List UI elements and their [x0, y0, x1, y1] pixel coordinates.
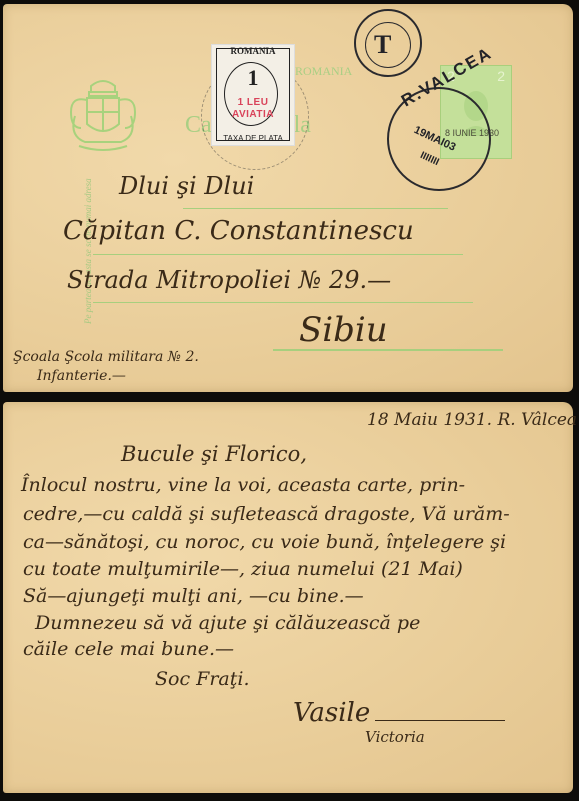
country-label: ROMANIA — [295, 64, 352, 79]
signature-flourish — [375, 720, 505, 721]
sender-line-2: Infanterie.— — [37, 368, 126, 384]
letter-greeting: Bucule şi Florico, — [121, 442, 307, 466]
letter-line: căile cele mai bune.— — [23, 638, 234, 660]
letter-line: cedre,—cu caldă şi sufletească dragoste,… — [23, 503, 510, 525]
letter-line: cu toate mulţumirile—, ziua numelui (21 … — [23, 558, 463, 580]
letter-date-place: 18 Maiu 1931. R. Vâlcea — [367, 410, 577, 430]
address-city: Sibiu — [299, 310, 388, 350]
postage-due-stamp: ROMANIA 1 1 LEU AVIATIA TAXA DE PLATA — [211, 44, 295, 146]
tax-t-mark: T — [374, 30, 391, 60]
signature-vasile: Vasile — [293, 698, 370, 728]
stamp-overprint-1: 1 LEU — [218, 97, 288, 108]
stamp-denomination: 1 — [212, 65, 294, 91]
letter-closing: Soc Fraţi. — [155, 668, 249, 690]
address-line-guide-3 — [93, 302, 473, 303]
postcard-front: ROMANIA Carte postala Pe partea aceasta … — [3, 4, 573, 392]
address-line-guide-2 — [93, 254, 463, 255]
stamp-value-right: 2 — [497, 68, 505, 84]
letter-line: ca—sănătoşi, cu noroc, cu voie bună, înţ… — [23, 531, 506, 553]
address-street: Strada Mitropoliei № 29.— — [67, 266, 391, 294]
sender-line-1: Şcoala Şcola militara № 2. — [13, 349, 199, 365]
stamp-footer: TAXA DE PLATA — [212, 134, 294, 143]
signature-victoria: Victoria — [365, 728, 425, 746]
letter-line: Să—ajungeţi mulţi ani, —cu bine.— — [23, 585, 364, 607]
address-salutation: Dlui şi Dlui — [119, 172, 254, 200]
address-line-guide-1 — [183, 208, 448, 209]
postcard-back: 18 Maiu 1931. R. Vâlcea Bucule şi Floric… — [3, 402, 573, 793]
stamp-overprint-2: AVIATIA — [218, 109, 288, 120]
letter-line: Înlocul nostru, vine la voi, aceasta car… — [21, 474, 465, 496]
address-name: Căpitan C. Constantinescu — [63, 216, 414, 246]
coat-of-arms-icon — [65, 76, 141, 154]
letter-line: Dumnezeu să vă ajute şi călăuzească pe — [35, 612, 420, 634]
stamp-header: ROMANIA — [212, 46, 294, 56]
